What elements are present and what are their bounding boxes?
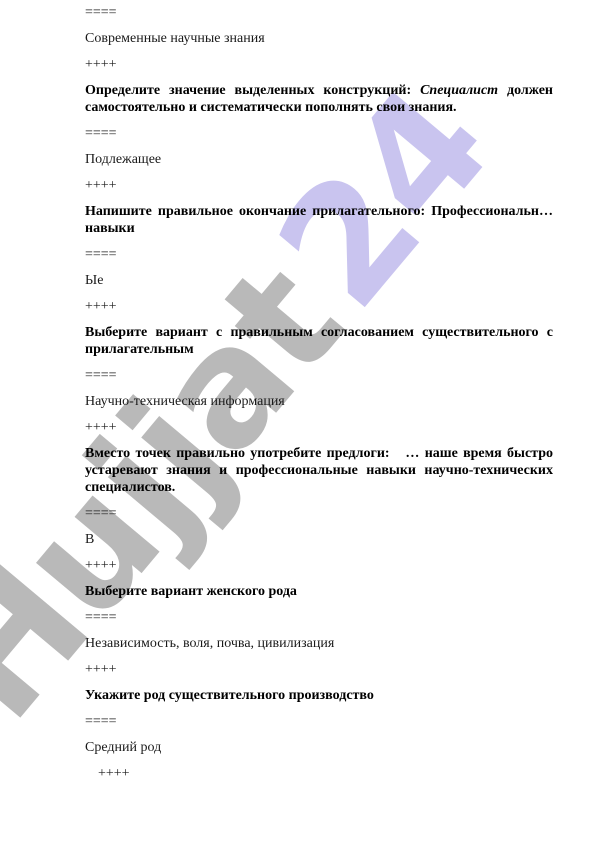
separator-line: ++++: [85, 661, 553, 678]
question-text: Выберите вариант с правильным согласован…: [85, 324, 553, 358]
answer-text: Подлежащее: [85, 151, 553, 168]
separator-line: ====: [85, 609, 553, 626]
separator-line: ====: [85, 4, 553, 21]
separator-line: ====: [85, 125, 553, 142]
question-italic-term: Специалист: [420, 83, 498, 98]
separator-line: ====: [85, 505, 553, 522]
separator-line: ====: [85, 713, 553, 730]
question-text: Укажите род существительного производств…: [85, 687, 553, 704]
answer-text: Ые: [85, 272, 553, 289]
separator-line: ++++: [85, 177, 553, 194]
separator-line: ++++: [85, 298, 553, 315]
document-content: ====Современные научные знания++++Опреде…: [85, 4, 553, 791]
separator-line: ++++: [85, 419, 553, 436]
separator-line: ====: [85, 367, 553, 384]
question-text: Вместо точек правильно употребите предло…: [85, 445, 553, 496]
document-page: Hujjat24 ====Современные научные знания+…: [0, 0, 596, 842]
answer-text: В: [85, 531, 553, 548]
separator-line: ++++: [85, 765, 553, 782]
question-text: Выберите вариант женского рода: [85, 583, 553, 600]
question-segment: Определите значение выделенных конструкц…: [85, 83, 420, 98]
question-text: Определите значение выделенных конструкц…: [85, 82, 553, 116]
answer-text: Независимость, воля, почва, цивилизация: [85, 635, 553, 652]
separator-line: ++++: [85, 56, 553, 73]
answer-text: Средний род: [85, 739, 553, 756]
answer-text: Современные научные знания: [85, 30, 553, 47]
separator-line: ====: [85, 246, 553, 263]
separator-line: ++++: [85, 557, 553, 574]
answer-text: Научно-техническая информация: [85, 393, 553, 410]
question-text: Напишите правильное окончание прилагател…: [85, 203, 553, 237]
